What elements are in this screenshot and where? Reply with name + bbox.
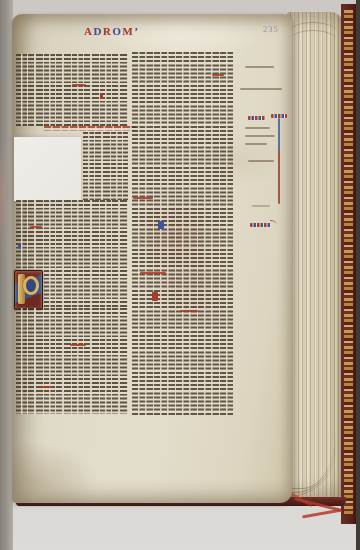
- margin-gloss-note: [240, 88, 282, 90]
- rubricated-phrase: [133, 197, 153, 199]
- rubricated-phrase: [70, 344, 86, 346]
- margin-gloss-note: [245, 127, 270, 129]
- main-text-column: [132, 52, 233, 416]
- facing-page-edge: [0, 140, 6, 260]
- running-title-letter: O: [112, 26, 122, 38]
- gold-tooling-band: [344, 10, 353, 515]
- folio-number: 235: [263, 24, 279, 34]
- red-ribbon-marker: [302, 509, 342, 518]
- penwork-flourish: [278, 118, 280, 204]
- manuscript-photo: ADROM’ 235: [0, 0, 360, 550]
- erased-patch: [14, 137, 81, 201]
- running-title-letter: D: [93, 26, 102, 38]
- gloss-text-block: [83, 132, 128, 200]
- red-paraph: [100, 94, 103, 99]
- photo-backdrop-right: [356, 0, 360, 550]
- gloss-text-block: [44, 270, 128, 308]
- running-title-letter: ’: [134, 26, 139, 38]
- margin-gloss-note: [245, 66, 274, 68]
- rubricated-phrase: [30, 226, 42, 228]
- blue-paraph: [18, 244, 21, 249]
- margin-gloss-note: [252, 205, 270, 207]
- rubric-line: [44, 126, 136, 131]
- gloss-text-block: [16, 54, 128, 126]
- margin-gloss-note: [245, 135, 275, 137]
- rubricated-phrase: [212, 74, 224, 76]
- margin-gloss-note: [248, 160, 274, 162]
- gloss-text-block: [16, 308, 128, 414]
- blue-initial: [158, 221, 164, 229]
- paraph-flourish-tail: [270, 220, 277, 225]
- red-initial: [152, 292, 158, 301]
- manuscript-leaf: ADROM’ 235: [12, 14, 292, 503]
- margin-gloss-note: [245, 143, 267, 145]
- rubricated-phrase: [40, 386, 52, 388]
- rubricated-phrase: [140, 272, 166, 274]
- rubricated-phrase: [72, 84, 86, 86]
- paraph-bar: [250, 223, 271, 227]
- running-title-letter: R: [103, 26, 112, 38]
- running-title: ADROM’: [84, 26, 139, 42]
- running-title-letter: M: [122, 26, 134, 38]
- gloss-text-block: [16, 200, 128, 270]
- rubricated-phrase: [180, 310, 198, 312]
- paraph-bar: [248, 116, 265, 120]
- illuminated-initial: [14, 270, 43, 310]
